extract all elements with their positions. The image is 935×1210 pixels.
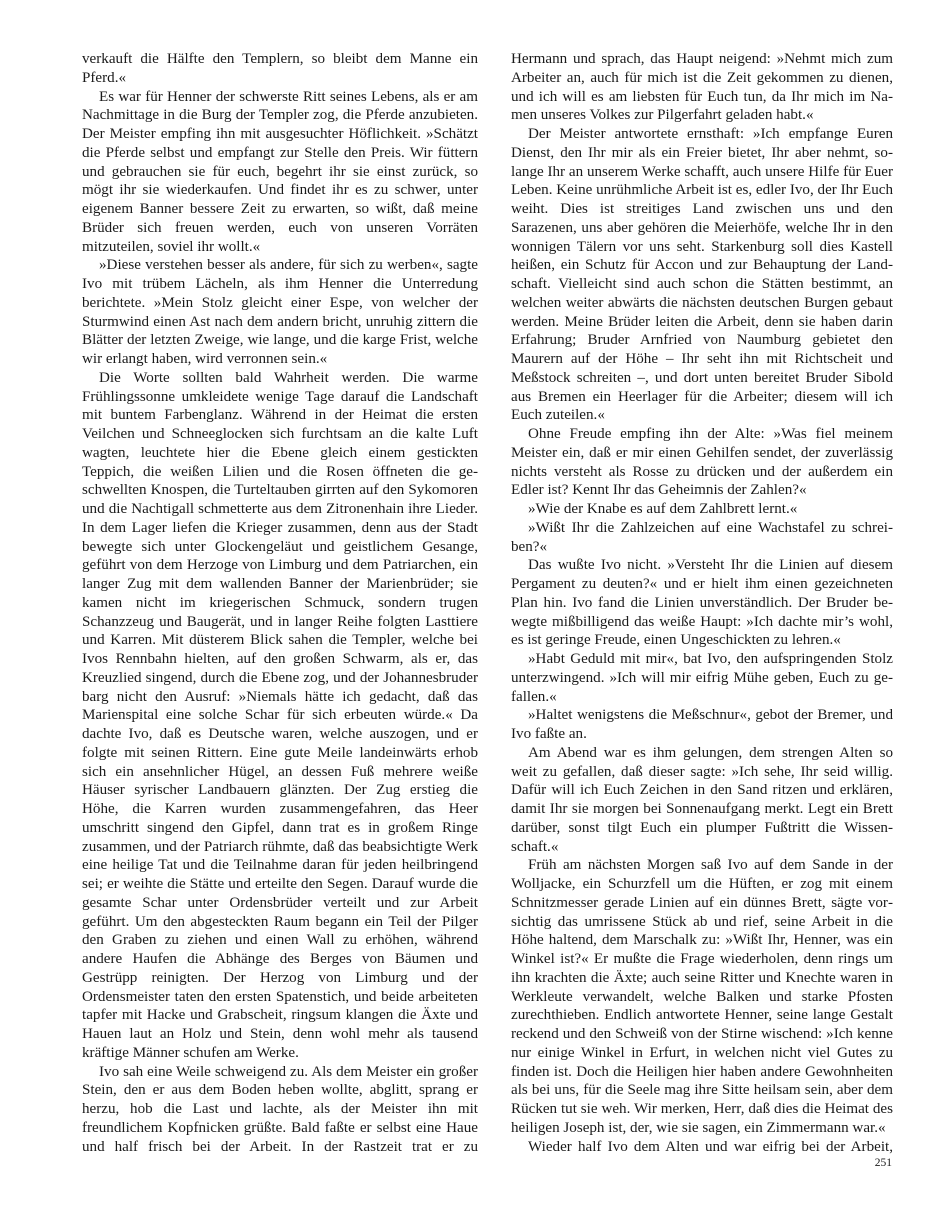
- left-column: verkauft die Hälfte den Templern, so ble…: [82, 50, 478, 1156]
- paragraph: »Diese verstehen besser als andere, für …: [82, 256, 478, 369]
- paragraph: Hermann und sprach, das Haupt neigend: »…: [511, 50, 893, 125]
- paragraph: »Haltet wenigstens die Meßschnur«, gebot…: [511, 706, 893, 744]
- paragraph: Ohne Freude empfing ihn der Alte: »Was f…: [511, 425, 893, 500]
- paragraph: Früh am nächsten Morgen saß Ivo auf dem …: [511, 856, 893, 1137]
- paragraph: Der Meister antwortete ernsthaft: »Ich e…: [511, 125, 893, 425]
- paragraph: Die Worte sollten bald Wahrheit werden. …: [82, 369, 478, 1063]
- paragraph: »Habt Geduld mit mir«, bat Ivo, den aufs…: [511, 650, 893, 706]
- paragraph: Wieder half Ivo dem Alten und war eifrig…: [511, 1138, 893, 1157]
- paragraph: verkauft die Hälfte den Templern, so ble…: [82, 50, 478, 88]
- right-column: Hermann und sprach, das Haupt neigend: »…: [511, 50, 893, 1156]
- paragraph: Es war für Henner der schwerste Ritt sei…: [82, 88, 478, 257]
- paragraph: Ivo sah eine Weile schweigend zu. Als de…: [82, 1063, 478, 1157]
- paragraph: Am Abend war es ihm gelungen, dem streng…: [511, 744, 893, 857]
- page-number: 251: [875, 1157, 892, 1169]
- book-page: verkauft die Hälfte den Templern, so ble…: [0, 0, 935, 1210]
- paragraph: Das wußte Ivo nicht. »Versteht Ihr die L…: [511, 556, 893, 650]
- paragraph: »Wißt Ihr die Zahlzeichen auf eine Wachs…: [511, 519, 893, 557]
- paragraph: »Wie der Knabe es auf dem Zahlbrett lern…: [511, 500, 893, 519]
